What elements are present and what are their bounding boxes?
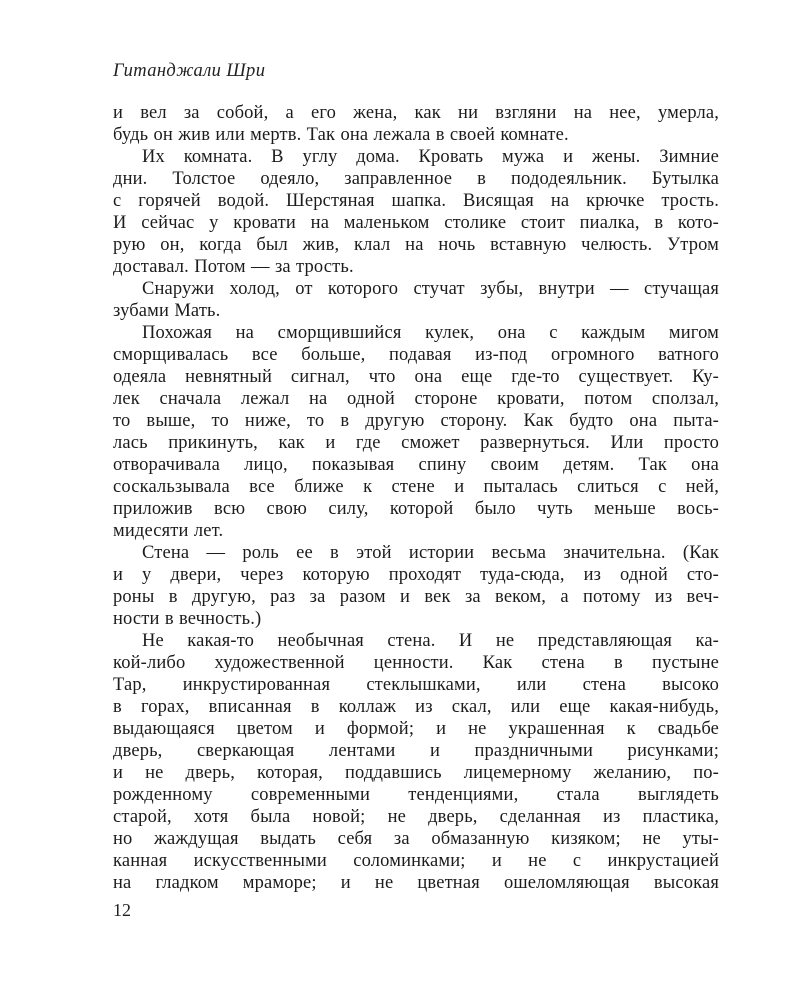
text-line: дни. Толстое одеяло, заправленное в подо…	[113, 168, 719, 190]
text-line: и не дверь, которая, поддавшись лицемерн…	[113, 762, 719, 784]
text-line: роны в другую, раз за разом и век за век…	[113, 586, 719, 608]
text-line: на гладком мраморе; и не цветная ошеломл…	[113, 872, 719, 894]
text-line: но жаждущая выдать себя за обмазанную ки…	[113, 828, 719, 850]
text-line: одеяла невнятный сигнал, что она еще где…	[113, 366, 719, 388]
text-line: И сейчас у кровати на маленьком столике …	[113, 212, 719, 234]
text-line: отворачивала лицо, показывая спину своим…	[113, 454, 719, 476]
text-line: рожденному современными тенденциями, ста…	[113, 784, 719, 806]
text-line: Стена — роль ее в этой истории весьма зн…	[113, 542, 719, 564]
body-text: и вел за собой, а его жена, как ни взгля…	[113, 102, 719, 894]
text-line: с горячей водой. Шерстяная шапка. Висяща…	[113, 190, 719, 212]
text-line: выдающаяся цветом и формой; и не украшен…	[113, 718, 719, 740]
text-line: лась прикинуть, как и где сможет разверн…	[113, 432, 719, 454]
text-line: будь он жив или мертв. Так она лежала в …	[113, 124, 719, 146]
text-line: зубами Мать.	[113, 300, 719, 322]
running-head: Гитанджали Шри	[113, 61, 265, 82]
text-line: Снаружи холод, от которого стучат зубы, …	[113, 278, 719, 300]
text-line: Их комната. В углу дома. Кровать мужа и …	[113, 146, 719, 168]
book-page: Гитанджали Шри и вел за собой, а его жен…	[0, 0, 800, 1000]
text-line: доставал. Потом — за трость.	[113, 256, 719, 278]
text-line: соскальзывала все ближе к стене и пытала…	[113, 476, 719, 498]
text-line: приложив всю свою силу, которой было чут…	[113, 498, 719, 520]
text-line: рую он, когда был жив, клал на ночь вста…	[113, 234, 719, 256]
text-line: кой-либо художественной ценности. Как ст…	[113, 652, 719, 674]
text-line: и вел за собой, а его жена, как ни взгля…	[113, 102, 719, 124]
text-line: в горах, вписанная в коллаж из скал, или…	[113, 696, 719, 718]
text-line: Не какая-то необычная стена. И не предст…	[113, 630, 719, 652]
text-line: Тар, инкрустированная стеклышками, или с…	[113, 674, 719, 696]
text-line: Похожая на сморщившийся кулек, она с каж…	[113, 322, 719, 344]
text-line: то выше, то ниже, то в другую сторону. К…	[113, 410, 719, 432]
text-line: и у двери, через которую проходят туда-с…	[113, 564, 719, 586]
text-line: мидесяти лет.	[113, 520, 719, 542]
text-line: старой, хотя была новой; не дверь, сдела…	[113, 806, 719, 828]
text-line: ности в вечность.)	[113, 608, 719, 630]
text-line: сморщивалась все больше, подавая из-под …	[113, 344, 719, 366]
text-line: лек сначала лежал на одной стороне крова…	[113, 388, 719, 410]
page-number: 12	[113, 900, 131, 921]
text-line: дверь, сверкающая лентами и праздничными…	[113, 740, 719, 762]
text-line: канная искусственными соломинками; и не …	[113, 850, 719, 872]
